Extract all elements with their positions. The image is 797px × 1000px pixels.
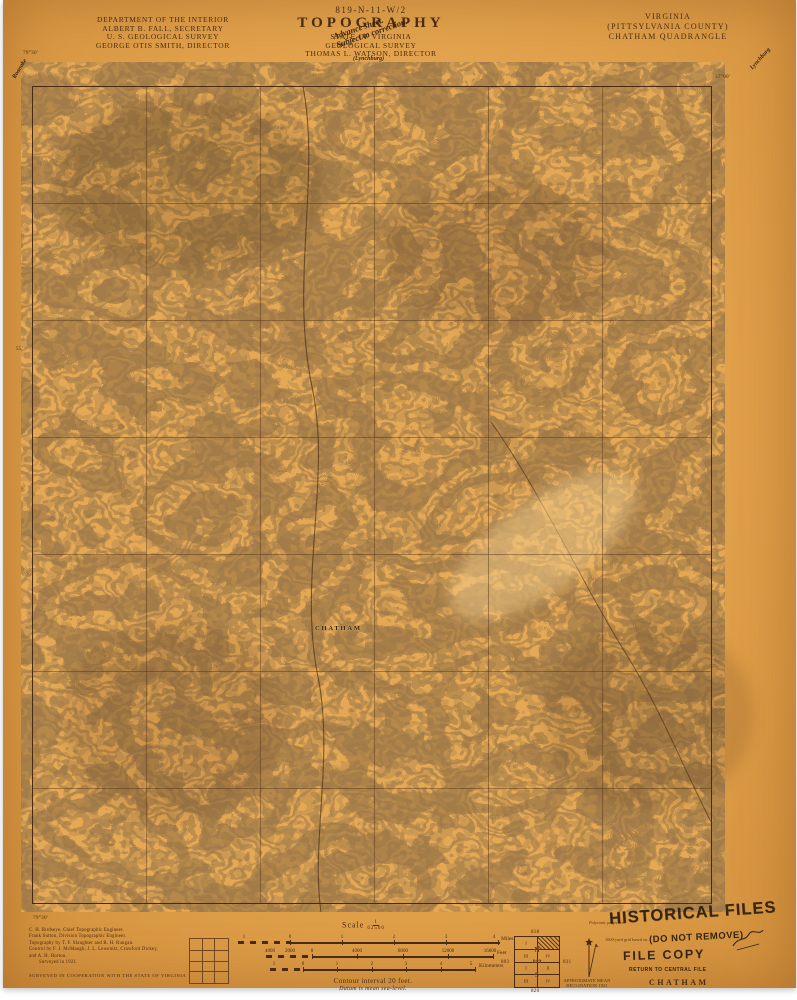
do-not-remove-stamp: (DO NOT REMOVE): [649, 930, 744, 946]
region-line: VIRGINIA: [573, 12, 763, 22]
corner-latitude-top-right: 37°00': [715, 74, 730, 80]
grid-line: [260, 86, 261, 904]
grid-line: [32, 203, 712, 204]
datum-note: Datum is mean sea-level.: [308, 986, 438, 992]
scale-bar-miles: 1 0 1 2 3 4 Miles: [238, 942, 502, 950]
state-location-grid: [189, 938, 229, 984]
handwritten-adjoining-right: Lynchburg: [749, 47, 772, 71]
map-neatline: [32, 86, 712, 904]
index-south-label: S: [535, 971, 539, 979]
contour-interval-note: Contour interval 20 feet.: [303, 977, 443, 985]
grid-line: [32, 788, 712, 789]
scale-bar-feet: 4000 2000 0 4000 8000 12000 16000 Feet: [266, 956, 496, 964]
grid-line: [32, 554, 712, 555]
adjoining-sheet-top-label: (Lynchburg): [353, 56, 384, 62]
region-line: CHATHAM QUADRANGLE: [573, 32, 763, 42]
scale-fraction: 1 62500: [367, 920, 385, 931]
grid-note: 1000-yard grid based on: [605, 937, 647, 942]
magnetic-north-arrow: [596, 944, 599, 947]
edge-minute-label: 55': [16, 346, 23, 352]
handwritten-mark: [731, 926, 765, 952]
credit-line: Surveyed in 1921.: [29, 960, 158, 966]
sheet-index-diagram: I III IV I II III IV N S 819 818 820 803…: [514, 936, 560, 988]
grid-line: [146, 86, 147, 904]
grid-line: [32, 671, 712, 672]
grid-line: [488, 86, 489, 904]
declination-diagram: [580, 937, 602, 979]
grid-line: [374, 86, 375, 904]
corner-longitude-top-left: 79°30': [23, 50, 38, 56]
credit-line: Control by F. J. McMaugh, J. L. Lewenitz…: [29, 947, 158, 953]
grid-line: [602, 86, 603, 904]
sheet-name-label: CHATHAM: [649, 978, 709, 987]
scanned-map-page: DEPARTMENT OF THE INTERIOR ALBERT B. FAL…: [0, 0, 797, 1000]
cooperation-note: SURVEYED IN COOPERATION WITH THE STATE O…: [29, 973, 186, 978]
agency-line: GEORGE OTIS SMITH, DIRECTOR: [63, 42, 263, 51]
scale-label: Scale: [342, 920, 364, 929]
index-center-number: 819: [533, 959, 541, 965]
file-copy-stamp: FILE COPY: [623, 947, 706, 963]
return-to-central-file-stamp: RETURN TO CENTRAL FILE: [629, 967, 706, 973]
declination-caption: APPROXIMATE MEAN DECLINATION 1921: [563, 978, 611, 988]
sheet-number: 819-N-11-W/2: [291, 5, 451, 15]
current-sheet-shading: [537, 937, 559, 950]
map-sheet: DEPARTMENT OF THE INTERIOR ALBERT B. FAL…: [3, 0, 796, 988]
grid-line: [32, 437, 712, 438]
scale-bar-kilometers: 1 0 1 2 3 4 5 Kilometers: [270, 969, 478, 977]
index-north-label: N: [534, 946, 539, 954]
quadrangle-block: VIRGINIA (PITTSYLVANIA COUNTY) CHATHAM Q…: [573, 12, 763, 42]
credits-block: C. H. Birdseye, Chief Topographic Engine…: [29, 928, 158, 966]
town-label-chatham: CHATHAM: [315, 625, 362, 632]
region-line: (PITTSYLVANIA COUNTY): [573, 22, 763, 32]
scale-statement: Scale 1 62500: [342, 920, 385, 931]
grid-line: [32, 320, 712, 321]
corner-longitude-bottom-left: 79°30': [33, 915, 48, 921]
agency-block: DEPARTMENT OF THE INTERIOR ALBERT B. FAL…: [63, 16, 263, 50]
